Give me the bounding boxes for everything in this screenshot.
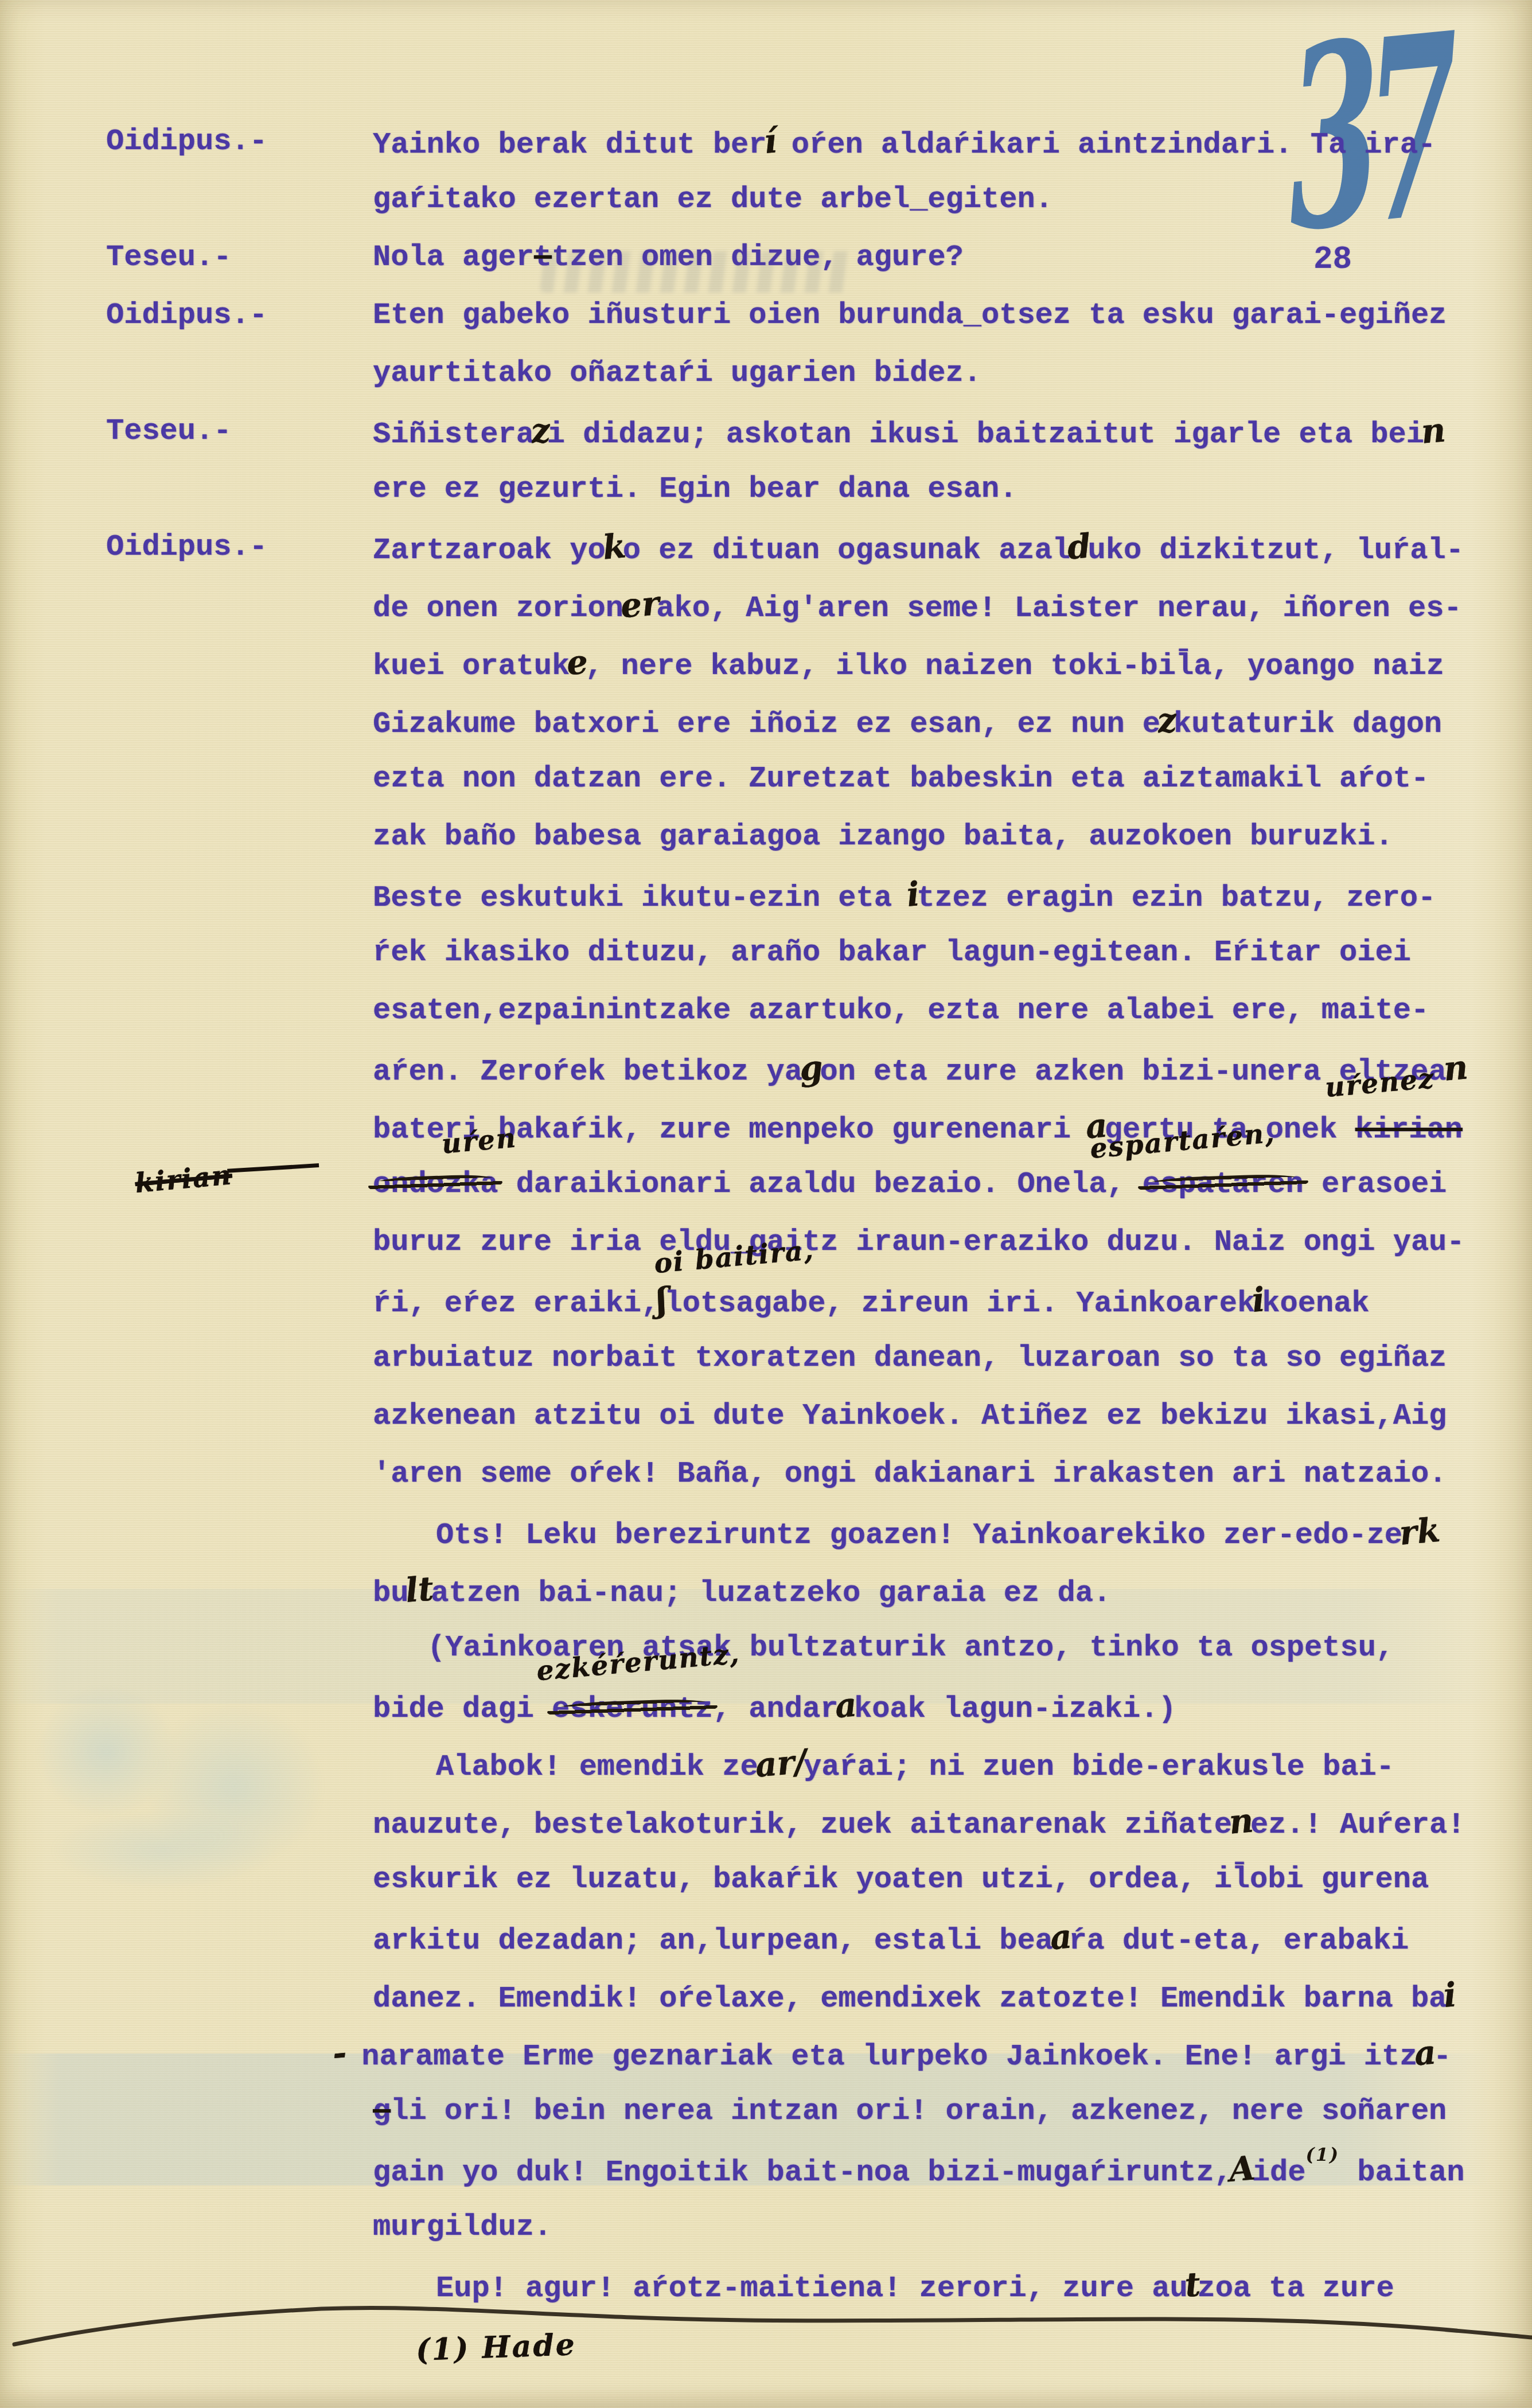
- text-line: Eup! agur! aŕotz-maitiena! zerori, zure …: [0, 2256, 1532, 2314]
- typed-text: , andar: [713, 1692, 838, 1726]
- text-line: gain yo duk! Engoitik bait-noa bizi-muga…: [0, 2140, 1532, 2198]
- handwritten-correction: ar/: [753, 1732, 809, 1794]
- footnote-note: (1) Hade: [415, 2327, 577, 2368]
- line-body: ezta non datzan ere. Zuretzat babeskin e…: [373, 750, 1429, 808]
- handwritten-correction: rk: [1397, 1501, 1443, 1563]
- typed-text: Eten gabeko iñusturi oien burunda_otsez …: [373, 298, 1447, 332]
- typed-text: i didazu; askotan ikusi baitzaitut igarl…: [547, 418, 1424, 451]
- typed-text: baitan: [1339, 2156, 1464, 2189]
- line-body: Nola agerttzen omen dizue, agure?: [373, 228, 964, 286]
- typed-text: bu: [373, 1576, 408, 1610]
- typed-text: nauzute, bestelakoturik, zuek aitanarena…: [373, 1808, 1232, 1842]
- line-body: gain yo duk! Engoitik bait-noa bizi-muga…: [373, 2140, 1464, 2202]
- line-body: bateri bakaŕik, zure menpeko gurenenari …: [373, 1097, 1463, 1159]
- text-line: gli ori! bein nerea intzan ori! orain, a…: [0, 2082, 1532, 2140]
- text-line: Teseu.-Nola agerttzen omen dizue, agure?: [0, 228, 1532, 286]
- typed-text: kuei oratuk: [373, 649, 570, 683]
- typed-text: 'aren seme oŕek! Baña, ongi dakianari ir…: [373, 1457, 1447, 1491]
- typed-text: erasoei: [1304, 1167, 1447, 1201]
- line-body: eskurik ez luzatu, bakaŕik yoaten utzi, …: [373, 1850, 1429, 1908]
- text-line: Teseu.-Siñisterazi didazu; askotan ikusi…: [0, 402, 1532, 460]
- line-body: Beste eskutuki ikutu-ezin eta itzez erag…: [373, 866, 1436, 927]
- typed-text: aŕen. Zeroŕek betikoz ya: [373, 1055, 802, 1089]
- typed-text: de onen zorion: [373, 591, 623, 625]
- text-line: zak baño babesa garaiagoa izango baita, …: [0, 808, 1532, 866]
- typed-text: atzen bai-nau; luzatzeko garaia ez da.: [431, 1576, 1111, 1610]
- typed-text: ŕi, eŕez eraiki,: [373, 1287, 659, 1320]
- text-line: 'aren seme oŕek! Baña, ongi dakianari ir…: [0, 1445, 1532, 1503]
- typed-text: Yainko berak ditut ber: [373, 128, 767, 162]
- handwritten-correction: i: [905, 865, 922, 924]
- typed-text: gain yo duk! Engoitik bait-noa bizi-muga…: [373, 2156, 1232, 2189]
- text-line: gaŕitako ezertan ez dute arbel_egiten.: [0, 170, 1532, 228]
- text-line: de onen zorionerako, Aig'aren seme! Lais…: [0, 576, 1532, 634]
- struck-text: ondozka: [373, 1155, 498, 1213]
- typed-text: Siñistera: [373, 418, 534, 451]
- handwritten-note: kirian: [134, 1154, 321, 1197]
- line-body: bide dagi eskeruntz, andarakoak lagun-iz…: [373, 1677, 1176, 1738]
- handwritten-correction: lt: [403, 1560, 436, 1620]
- handwritten-correction: i: [1441, 1966, 1459, 2025]
- handwritten-correction: a: [1047, 1908, 1074, 1967]
- handwritten-correction: í: [761, 112, 779, 171]
- typed-text: daraikionari azaldu bezaio. Onela,: [498, 1167, 1142, 1201]
- line-body: danez. Emendik! oŕelaxe, emendixek zatoz…: [373, 1966, 1453, 2028]
- handwritten-correction: a: [1412, 2024, 1439, 2083]
- typed-text: koak lagun-izaki.): [854, 1692, 1176, 1726]
- line-body: Gizakume batxori ere iñoiz ez esan, ez n…: [373, 692, 1442, 753]
- line-body: esaten,ezpainintzake azartuko, ezta nere…: [373, 981, 1429, 1039]
- line-body: gli ori! bein nerea intzan ori! orain, a…: [373, 2082, 1447, 2140]
- struck-text: eskeruntz: [552, 1680, 713, 1738]
- text-line: arbuiatuz norbait txoratzen danean, luza…: [0, 1329, 1532, 1387]
- text-line: (Yainkoaren atsak bultzaturik antzo, tin…: [0, 1619, 1532, 1677]
- speaker-label: Oidipus.-: [106, 518, 267, 576]
- typed-text: murgilduz.: [373, 2210, 552, 2244]
- handwritten-correction: t: [1182, 2255, 1202, 2315]
- typed-text: tzez eragin ezin batzu, zero-: [917, 881, 1436, 915]
- text-line: ŕek ikasiko dituzu, araño bakar lagun-eg…: [0, 924, 1532, 981]
- handwritten-correction: A: [1227, 2139, 1258, 2199]
- typed-text: Zartzaroak yo: [373, 533, 606, 567]
- line-body: aŕen. Zeroŕek betikoz yagon eta zure azk…: [373, 1039, 1465, 1101]
- text-line: Beste eskutuki ikutu-ezin eta itzez erag…: [0, 866, 1532, 924]
- footnote-marker: (1): [1305, 2144, 1339, 2165]
- handwritten-correction: a: [833, 1676, 859, 1736]
- line-body: arbuiatuz norbait txoratzen danean, luza…: [373, 1329, 1447, 1387]
- text-line: yaurtitako oñaztaŕi ugarien bidez.: [0, 344, 1532, 402]
- text-line: - naramate Erme geznariak eta lurpeko Ja…: [0, 2024, 1532, 2082]
- speaker-label: Teseu.-: [106, 228, 231, 286]
- speaker-label: Teseu.-: [106, 402, 231, 460]
- typed-text: Beste eskutuki ikutu-ezin eta: [373, 881, 910, 915]
- typed-text: gaŕitako ezertan ez dute arbel_egiten.: [373, 182, 1053, 216]
- typed-text: ŕek ikasiko dituzu, araño bakar lagun-eg…: [373, 936, 1411, 969]
- typed-text: , nere kabuz, ilko naizen toki-bil̄a, yo…: [585, 649, 1444, 683]
- typed-text: Eup! agur! aŕotz-maitiena! zerori, zure …: [436, 2271, 1188, 2305]
- line-body: Siñisterazi didazu; askotan ikusi baitza…: [373, 402, 1443, 463]
- typed-text: koenak: [1262, 1287, 1369, 1320]
- typed-text: Gizakume batxori ere iñoiz ez esan, ez n…: [373, 707, 1160, 741]
- typed-text: ŕa dut-eta, erabaki: [1069, 1924, 1409, 1958]
- typed-text: ezta non datzan ere. Zuretzat babeskin e…: [373, 762, 1429, 796]
- speaker-label: Oidipus.-: [106, 286, 267, 344]
- text-line: bide dagi eskeruntz, andarakoak lagun-iz…: [0, 1677, 1532, 1735]
- typed-text: o ez dituan ogasunak azal: [623, 533, 1070, 567]
- typed-text: ez.! Auŕera!: [1250, 1808, 1465, 1842]
- line-body: ondozka daraikionari azaldu bezaio. Onel…: [373, 1155, 1447, 1213]
- line-body: ŕi, eŕez eraiki,ʃlotsagabe, zireun iri. …: [373, 1271, 1370, 1332]
- text-line: Gizakume batxori ere iñoiz ez esan, ez n…: [0, 692, 1532, 750]
- handwritten-correction: k: [600, 517, 628, 576]
- line-body: Alabok! emendik zear/yaŕai; ni zuen bide…: [436, 1735, 1394, 1796]
- handwritten-correction: i: [1250, 1271, 1268, 1330]
- line-body: Eten gabeko iñusturi oien burunda_otsez …: [373, 286, 1447, 344]
- typed-text: arkitu dezadan; an,lurpean, estali bea: [373, 1924, 1053, 1958]
- line-body: gaŕitako ezertan ez dute arbel_egiten.: [373, 170, 1053, 228]
- text-line: danez. Emendik! oŕelaxe, emendixek zatoz…: [0, 1966, 1532, 2024]
- text-line: murgilduz.: [0, 2198, 1532, 2256]
- text-line: kuei oratuke, nere kabuz, ilko naizen to…: [0, 634, 1532, 692]
- line-body: ŕek ikasiko dituzu, araño bakar lagun-eg…: [373, 924, 1411, 981]
- typed-text: esaten,ezpainintzake azartuko, ezta nere…: [373, 993, 1429, 1027]
- handwritten-correction: n: [1441, 1038, 1470, 1098]
- line-body: ere ez gezurti. Egin bear dana esan.: [373, 460, 1017, 518]
- typed-text: tzen omen dizue, agure?: [552, 240, 964, 274]
- text-line: Alabok! emendik zear/yaŕai; ni zuen bide…: [0, 1735, 1532, 1793]
- line-body: Zartzaroak yoko ez dituan ogasunak azald…: [373, 518, 1464, 579]
- line-body: murgilduz.: [373, 2198, 552, 2256]
- text-line: aŕen. Zeroŕek betikoz yagon eta zure azk…: [0, 1039, 1532, 1097]
- struck-text: t: [534, 240, 552, 274]
- text-line: eskurik ez luzatu, bakaŕik yoaten utzi, …: [0, 1850, 1532, 1908]
- line-body: Eup! agur! aŕotz-maitiena! zerori, zure …: [436, 2256, 1394, 2317]
- line-body: nauzute, bestelakoturik, zuek aitanarena…: [373, 1793, 1465, 1854]
- text-line: nauzute, bestelakoturik, zuek aitanarena…: [0, 1793, 1532, 1850]
- line-body: Ots! Leku bereziruntz goazen! Yainkoarek…: [436, 1503, 1437, 1564]
- handwritten-correction: g: [797, 1038, 825, 1098]
- handwritten-note: uŕen: [441, 1124, 518, 1158]
- text-line: arkitu dezadan; an,lurpean, estali beaaŕ…: [0, 1908, 1532, 1966]
- text-line: ondozka daraikionari azaldu bezaio. Onel…: [0, 1155, 1532, 1213]
- typed-text: zoa ta zure: [1197, 2271, 1394, 2305]
- text-line: Ots! Leku bereziruntz goazen! Yainkoarek…: [0, 1503, 1532, 1561]
- typed-text: yaurtitako oñaztaŕi ugarien bidez.: [373, 356, 981, 390]
- line-body: buruz zure iria eldu_gaitz iraun-eraziko…: [373, 1213, 1465, 1271]
- text-line: Oidipus.-Yainko berak ditut berí oŕen al…: [0, 112, 1532, 170]
- line-body: arkitu dezadan; an,lurpean, estali beaaŕ…: [373, 1908, 1409, 1970]
- typed-text: yaŕai; ni zuen bide-erakusle bai-: [804, 1750, 1394, 1784]
- typed-text: ide: [1252, 2156, 1306, 2189]
- typed-text: ako, Aig'aren seme! Laister nerau, iñore…: [656, 591, 1461, 625]
- typed-text: uko dizkitzut, luŕal-: [1088, 533, 1464, 567]
- speaker-label: Oidipus.-: [106, 112, 267, 170]
- line-body: azkenean atzitu oi dute Yainkoek. Atiñez…: [373, 1387, 1447, 1445]
- typed-text: ere ez gezurti. Egin bear dana esan.: [373, 472, 1017, 506]
- struck-text: espataren: [1143, 1155, 1304, 1213]
- handwritten-correction: er: [618, 574, 662, 635]
- typed-text: oŕen aldaŕikari aintzindari. Ta ira-: [774, 128, 1436, 162]
- manuscript-page: 37 28 Oidipus.-Yainko berak ditut berí o…: [0, 0, 1532, 2408]
- typed-text: bide dagi: [373, 1692, 552, 1726]
- text-line: esaten,ezpainintzake azartuko, ezta nere…: [0, 981, 1532, 1039]
- line-body: de onen zorionerako, Aig'aren seme! Lais…: [373, 576, 1462, 637]
- line-body: zak baño babesa garaiagoa izango baita, …: [373, 808, 1393, 866]
- struck-text: g: [373, 2094, 391, 2128]
- typed-text: zak baño babesa garaiagoa izango baita, …: [373, 820, 1393, 854]
- typed-text: eskurik ez luzatu, bakaŕik yoaten utzi, …: [373, 1863, 1429, 1896]
- text-line: ere ez gezurti. Egin bear dana esan.: [0, 460, 1532, 518]
- handwritten-correction: -: [330, 2024, 349, 2083]
- line-body: bultatzen bai-nau; luzatzeko garaia ez d…: [373, 1561, 1111, 1622]
- handwritten-correction: z: [1155, 691, 1179, 750]
- text-line: ezta non datzan ere. Zuretzat babeskin e…: [0, 750, 1532, 808]
- typed-text: li ori! bein nerea intzan ori! orain, az…: [391, 2094, 1447, 2128]
- handwritten-correction: z: [529, 402, 553, 461]
- line-body: 'aren seme oŕek! Baña, ongi dakianari ir…: [373, 1445, 1447, 1503]
- text-line: ŕi, eŕez eraiki,ʃlotsagabe, zireun iri. …: [0, 1271, 1532, 1329]
- typed-text: danez. Emendik! oŕelaxe, emendixek zatoz…: [373, 1982, 1447, 2016]
- typed-text: kutaturik dagon: [1174, 707, 1442, 741]
- typed-text: buruz zure iria eldu_gaitz iraun-eraziko…: [373, 1225, 1465, 1259]
- typed-text: naramate Erme geznariak eta lurpeko Jain…: [344, 2040, 1417, 2074]
- typed-text: azkenean atzitu oi dute Yainkoek. Atiñez…: [373, 1399, 1447, 1433]
- line-body: yaurtitako oñaztaŕi ugarien bidez.: [373, 344, 981, 402]
- typed-text: lotsagabe, zireun iri. Yainkoarek: [664, 1287, 1255, 1320]
- line-body: - naramate Erme geznariak eta lurpeko Ja…: [336, 2024, 1451, 2086]
- typed-text: Ots! Leku bereziruntz goazen! Yainkoarek…: [436, 1518, 1402, 1552]
- typed-text: Alabok! emendik ze: [436, 1750, 758, 1784]
- handwritten-correction: e: [564, 633, 591, 693]
- handwritten-correction: n: [1419, 401, 1448, 461]
- line-body: kuei oratuke, nere kabuz, ilko naizen to…: [373, 634, 1444, 695]
- handwritten-correction: d: [1065, 517, 1093, 576]
- typed-text: arbuiatuz norbait txoratzen danean, luza…: [373, 1341, 1447, 1375]
- text-line: bateri bakaŕik, zure menpeko gurenenari …: [0, 1097, 1532, 1155]
- typed-text: Nola ager: [373, 240, 534, 274]
- text-line: bultatzen bai-nau; luzatzeko garaia ez d…: [0, 1561, 1532, 1619]
- struck-text: kirian: [1355, 1113, 1463, 1147]
- text-line: Oidipus.-Eten gabeko iñusturi oien burun…: [0, 286, 1532, 344]
- text-line: azkenean atzitu oi dute Yainkoek. Atiñez…: [0, 1387, 1532, 1445]
- text-line: Oidipus.-Zartzaroak yoko ez dituan ogasu…: [0, 518, 1532, 576]
- handwritten-correction: n: [1227, 1791, 1256, 1851]
- line-body: Yainko berak ditut berí oŕen aldaŕikari …: [373, 112, 1436, 174]
